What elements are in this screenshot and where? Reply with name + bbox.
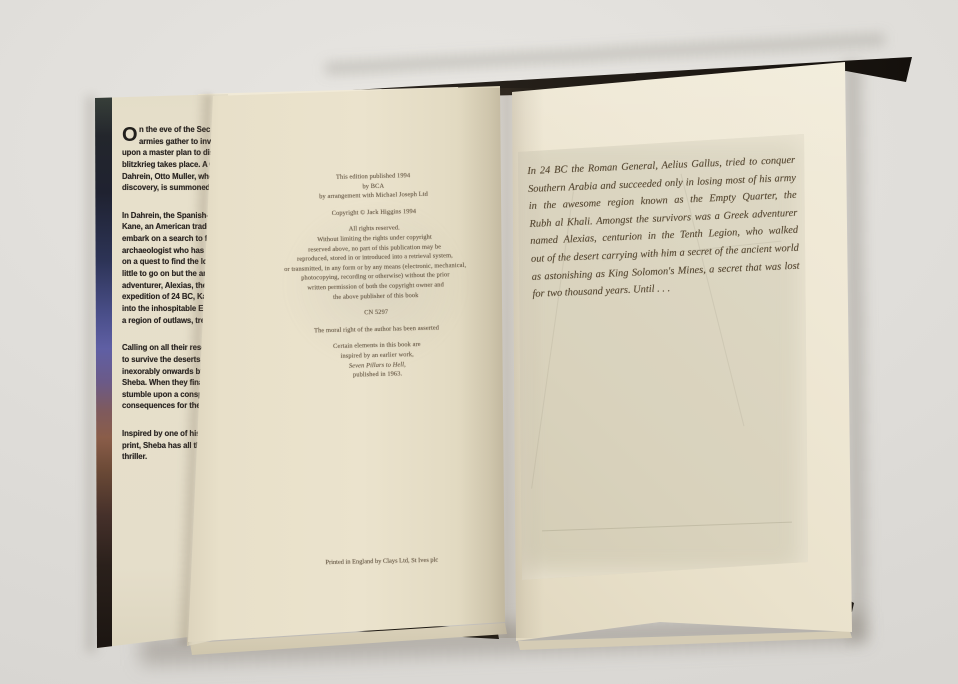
page-gutter-shadow [460, 88, 544, 638]
book-photo: O n the eve of the Secarmies gather to i… [0, 0, 958, 684]
jacket-artwork-edge [95, 92, 112, 650]
book-shadow-left [86, 96, 96, 652]
recto-text-block: In 24 BC the Roman General, Aelius Gallu… [527, 152, 801, 304]
map-showthrough-line [542, 522, 792, 532]
